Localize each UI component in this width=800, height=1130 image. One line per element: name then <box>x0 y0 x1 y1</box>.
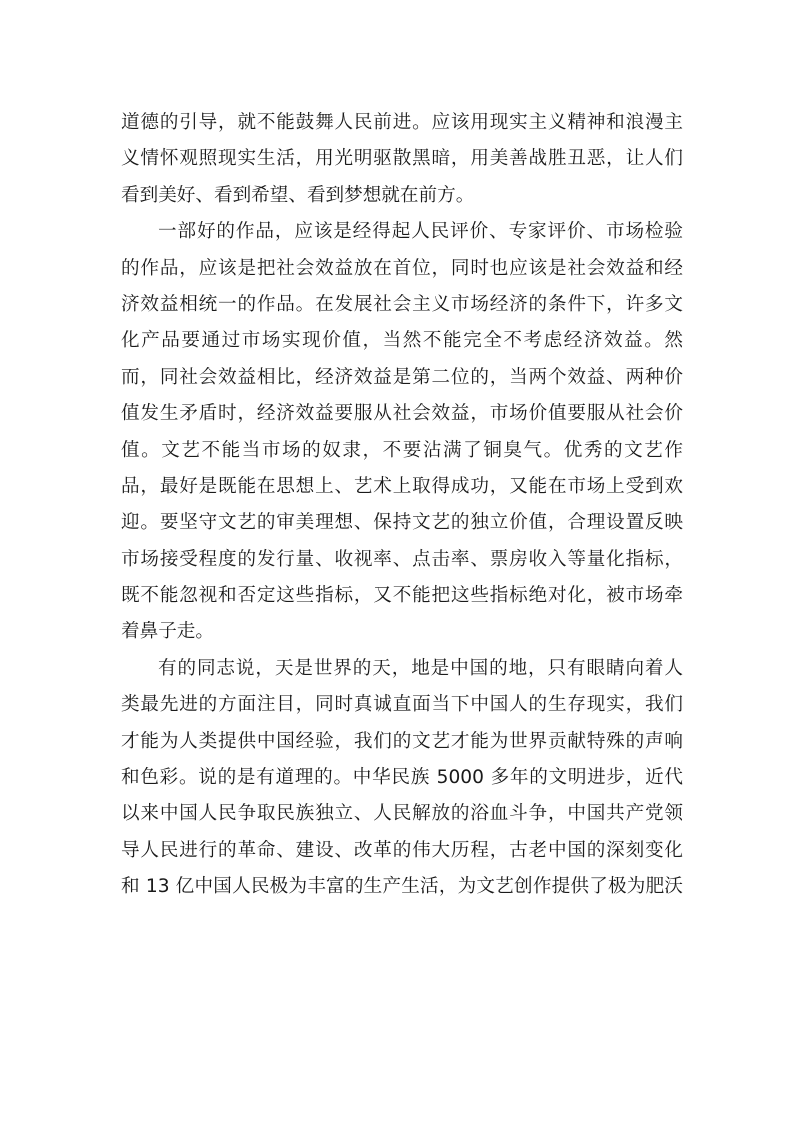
paragraph-2: 一部好的作品，应该是经得起人民评价、专家评价、市场检验 的作品，应该是把社会效益… <box>121 214 683 651</box>
text-line: 值发生矛盾时，经济效益要服从社会效益，市场价值要服从社会价 <box>121 396 683 432</box>
text-line: 而，同社会效益相比，经济效益是第二位的，当两个效益、两种价 <box>121 360 683 396</box>
text-line: 着鼻子走。 <box>121 614 683 650</box>
text-line: 的作品，应该是把社会效益放在首位，同时也应该是社会效益和经 <box>121 251 683 287</box>
text-line: 以来中国人民争取民族独立、人民解放的浴血斗争，中国共产党领 <box>121 796 683 832</box>
text-line: 迎。要坚守文艺的审美理想、保持文艺的独立价值，合理设置反映 <box>121 505 683 541</box>
text-line: 道德的引导，就不能鼓舞人民前进。应该用现实主义精神和浪漫主 <box>121 105 683 141</box>
text-line: 化产品要通过市场实现价值，当然不能完全不考虑经济效益。然 <box>121 323 683 359</box>
text-line: 市场接受程度的发行量、收视率、点击率、票房收入等量化指标， <box>121 542 683 578</box>
text-line: 既不能忽视和否定这些指标，又不能把这些指标绝对化，被市场牵 <box>121 578 683 614</box>
text-line: 义情怀观照现实生活，用光明驱散黑暗，用美善战胜丑恶，让人们 <box>121 141 683 177</box>
text-line: 才能为人类提供中国经验，我们的文艺才能为世界贡献特殊的声响 <box>121 724 683 760</box>
document-page: 道德的引导，就不能鼓舞人民前进。应该用现实主义精神和浪漫主 义情怀观照现实生活，… <box>0 0 800 1130</box>
document-body: 道德的引导，就不能鼓舞人民前进。应该用现实主义精神和浪漫主 义情怀观照现实生活，… <box>121 105 683 906</box>
text-line: 和色彩。说的是有道理的。中华民族 5000 多年的文明进步，近代 <box>121 760 683 796</box>
paragraph-3: 有的同志说，天是世界的天，地是中国的地，只有眼睛向着人 类最先进的方面注目，同时… <box>121 651 683 906</box>
paragraph-1: 道德的引导，就不能鼓舞人民前进。应该用现实主义精神和浪漫主 义情怀观照现实生活，… <box>121 105 683 214</box>
text-line: 有的同志说，天是世界的天，地是中国的地，只有眼睛向着人 <box>121 651 683 687</box>
text-line: 一部好的作品，应该是经得起人民评价、专家评价、市场检验 <box>121 214 683 250</box>
text-line: 济效益相统一的作品。在发展社会主义市场经济的条件下，许多文 <box>121 287 683 323</box>
text-line: 和 13 亿中国人民极为丰富的生产生活，为文艺创作提供了极为肥沃 <box>121 869 683 905</box>
text-line: 品，最好是既能在思想上、艺术上取得成功，又能在市场上受到欢 <box>121 469 683 505</box>
text-line: 类最先进的方面注目，同时真诚直面当下中国人的生存现实，我们 <box>121 687 683 723</box>
text-line: 值。文艺不能当市场的奴隶，不要沾满了铜臭气。优秀的文艺作 <box>121 433 683 469</box>
text-line: 导人民进行的革命、建设、改革的伟大历程，古老中国的深刻变化 <box>121 833 683 869</box>
text-line: 看到美好、看到希望、看到梦想就在前方。 <box>121 178 683 214</box>
